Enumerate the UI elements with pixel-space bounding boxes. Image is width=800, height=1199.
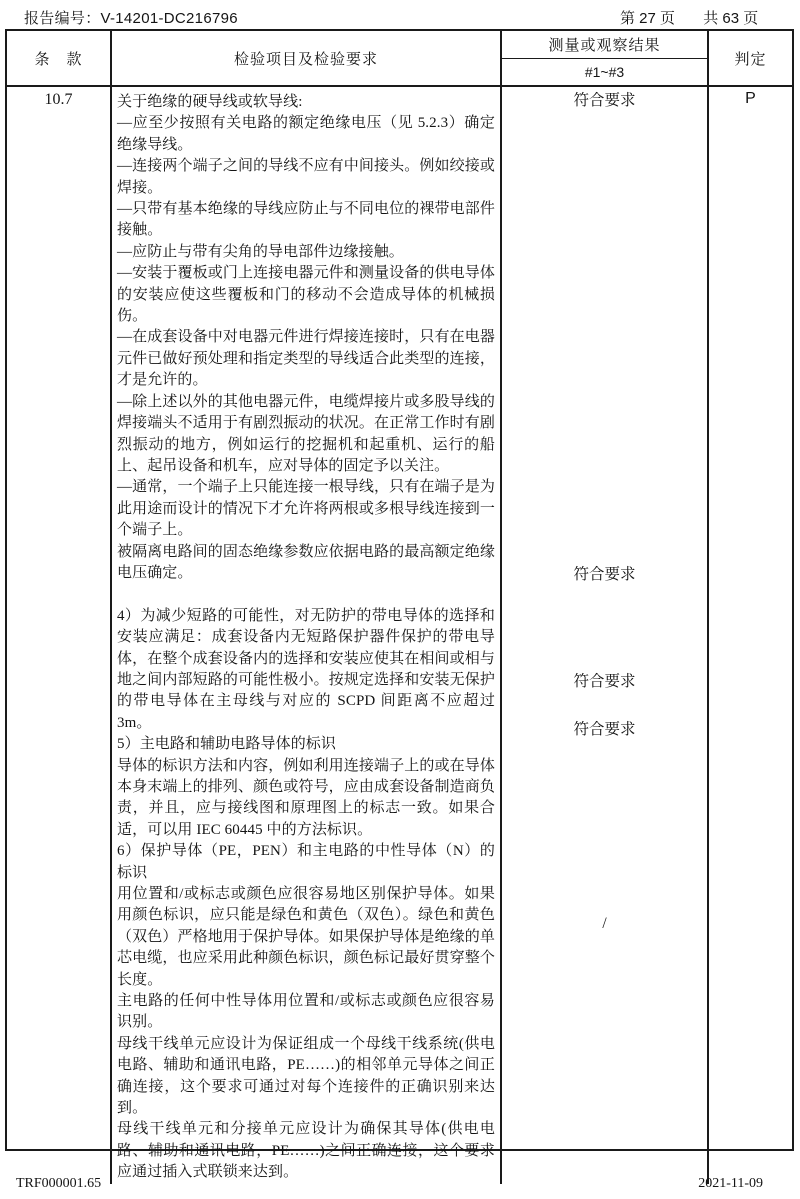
page-indicator: 第 27 页 共 63 页 bbox=[620, 7, 758, 28]
page-total: 共 63 页 bbox=[703, 7, 758, 28]
requirement-paragraph: 主电路的任何中性导体用位置和/或标志或颜色应很容易识别。 bbox=[117, 991, 495, 1034]
report-number: 报告编号：V-14201-DC216796 bbox=[24, 7, 238, 28]
report-date: 2021-11-09 bbox=[698, 1176, 763, 1192]
requirement-paragraph: —在成套设备中对电器元件进行焊接连接时，只有在电器元件已做好预处理和指定类型的导… bbox=[117, 327, 495, 391]
requirement-paragraph: 6）保护导体（PE，PEN）和主电路的中性导体（N）的标识 bbox=[117, 841, 495, 884]
inspection-table: 条 款 检验项目及检验要求 测量或观察结果 #1~#3 判定 10.7 关于绝缘… bbox=[5, 29, 794, 1151]
verdict-value: P bbox=[709, 87, 792, 1184]
clause-number: 10.7 bbox=[7, 87, 112, 1184]
requirement-paragraph: —安装于覆板或门上连接电器元件和测量设备的供电导体的安装应使这些覆板和门的移动不… bbox=[117, 263, 495, 327]
requirement-paragraph: —除上述以外的其他电器元件，电缆焊接片或多股导线的焊接端头不适用于有剧烈振动的状… bbox=[117, 392, 495, 478]
requirement-paragraph: 5）主电路和辅助电路导体的标识 bbox=[117, 734, 495, 755]
requirement-paragraph: —只带有基本绝缘的导线应防止与不同电位的裸带电部件接触。 bbox=[117, 199, 495, 242]
requirement-paragraph: 关于绝缘的硬导线或软导线: bbox=[117, 92, 495, 113]
column-header-result-range: #1~#3 bbox=[502, 59, 709, 87]
column-header-result-group: 测量或观察结果 bbox=[502, 31, 709, 59]
requirement-paragraph: 用位置和/或标志或颜色应很容易地区别保护导体。如果用颜色标识，应只能是绿色和黄色… bbox=[117, 884, 495, 991]
observation-result: / bbox=[502, 914, 707, 934]
page-header: 报告编号：V-14201-DC216796 第 27 页 共 63 页 bbox=[0, 5, 800, 27]
column-header-item: 检验项目及检验要求 bbox=[112, 31, 502, 87]
page-footer: TRF000001.65 2021-11-09 bbox=[0, 1172, 800, 1196]
observation-result: 符合要求 bbox=[502, 565, 707, 585]
requirement-paragraph: —应至少按照有关电路的额定绝缘电压（见 5.2.3）确定绝缘导线。 bbox=[117, 113, 495, 156]
requirement-paragraphs: 关于绝缘的硬导线或软导线:—应至少按照有关电路的额定绝缘电压（见 5.2.3）确… bbox=[112, 87, 502, 1184]
requirement-paragraph: 被隔离电路间的固态绝缘参数应依据电路的最高额定绝缘电压确定。 bbox=[117, 542, 495, 585]
requirement-paragraph: —应防止与带有尖角的导电部件边缘接触。 bbox=[117, 242, 495, 263]
observation-result: 符合要求 bbox=[502, 672, 707, 692]
observation-result: 符合要求 bbox=[502, 720, 707, 740]
page-current: 第 27 页 bbox=[620, 7, 675, 28]
requirement-paragraph: 母线干线单元应设计为保证组成一个母线干线系统(供电电路、辅助和通讯电路，PE……… bbox=[117, 1034, 495, 1120]
requirement-paragraph bbox=[117, 584, 495, 605]
column-header-verdict: 判定 bbox=[709, 31, 792, 87]
observation-results: 符合要求符合要求符合要求符合要求/ bbox=[502, 87, 709, 1184]
requirement-paragraph: 导体的标识方法和内容，例如利用连接端子上的或在导体本身末端上的排列、颜色或符号，… bbox=[117, 756, 495, 842]
requirement-paragraph: —连接两个端子之间的导线不应有中间接头。例如绞接或焊接。 bbox=[117, 156, 495, 199]
requirement-paragraph: —通常，一个端子上只能连接一根导线，只有在端子是为此用途而设计的情况下才允许将两… bbox=[117, 477, 495, 541]
trf-number: TRF000001.65 bbox=[16, 1176, 101, 1192]
requirement-paragraph: 4）为减少短路的可能性，对无防护的带电导体的选择和安装应满足：成套设备内无短路保… bbox=[117, 606, 495, 734]
observation-result: 符合要求 bbox=[502, 91, 707, 111]
column-header-clause: 条 款 bbox=[7, 31, 112, 87]
